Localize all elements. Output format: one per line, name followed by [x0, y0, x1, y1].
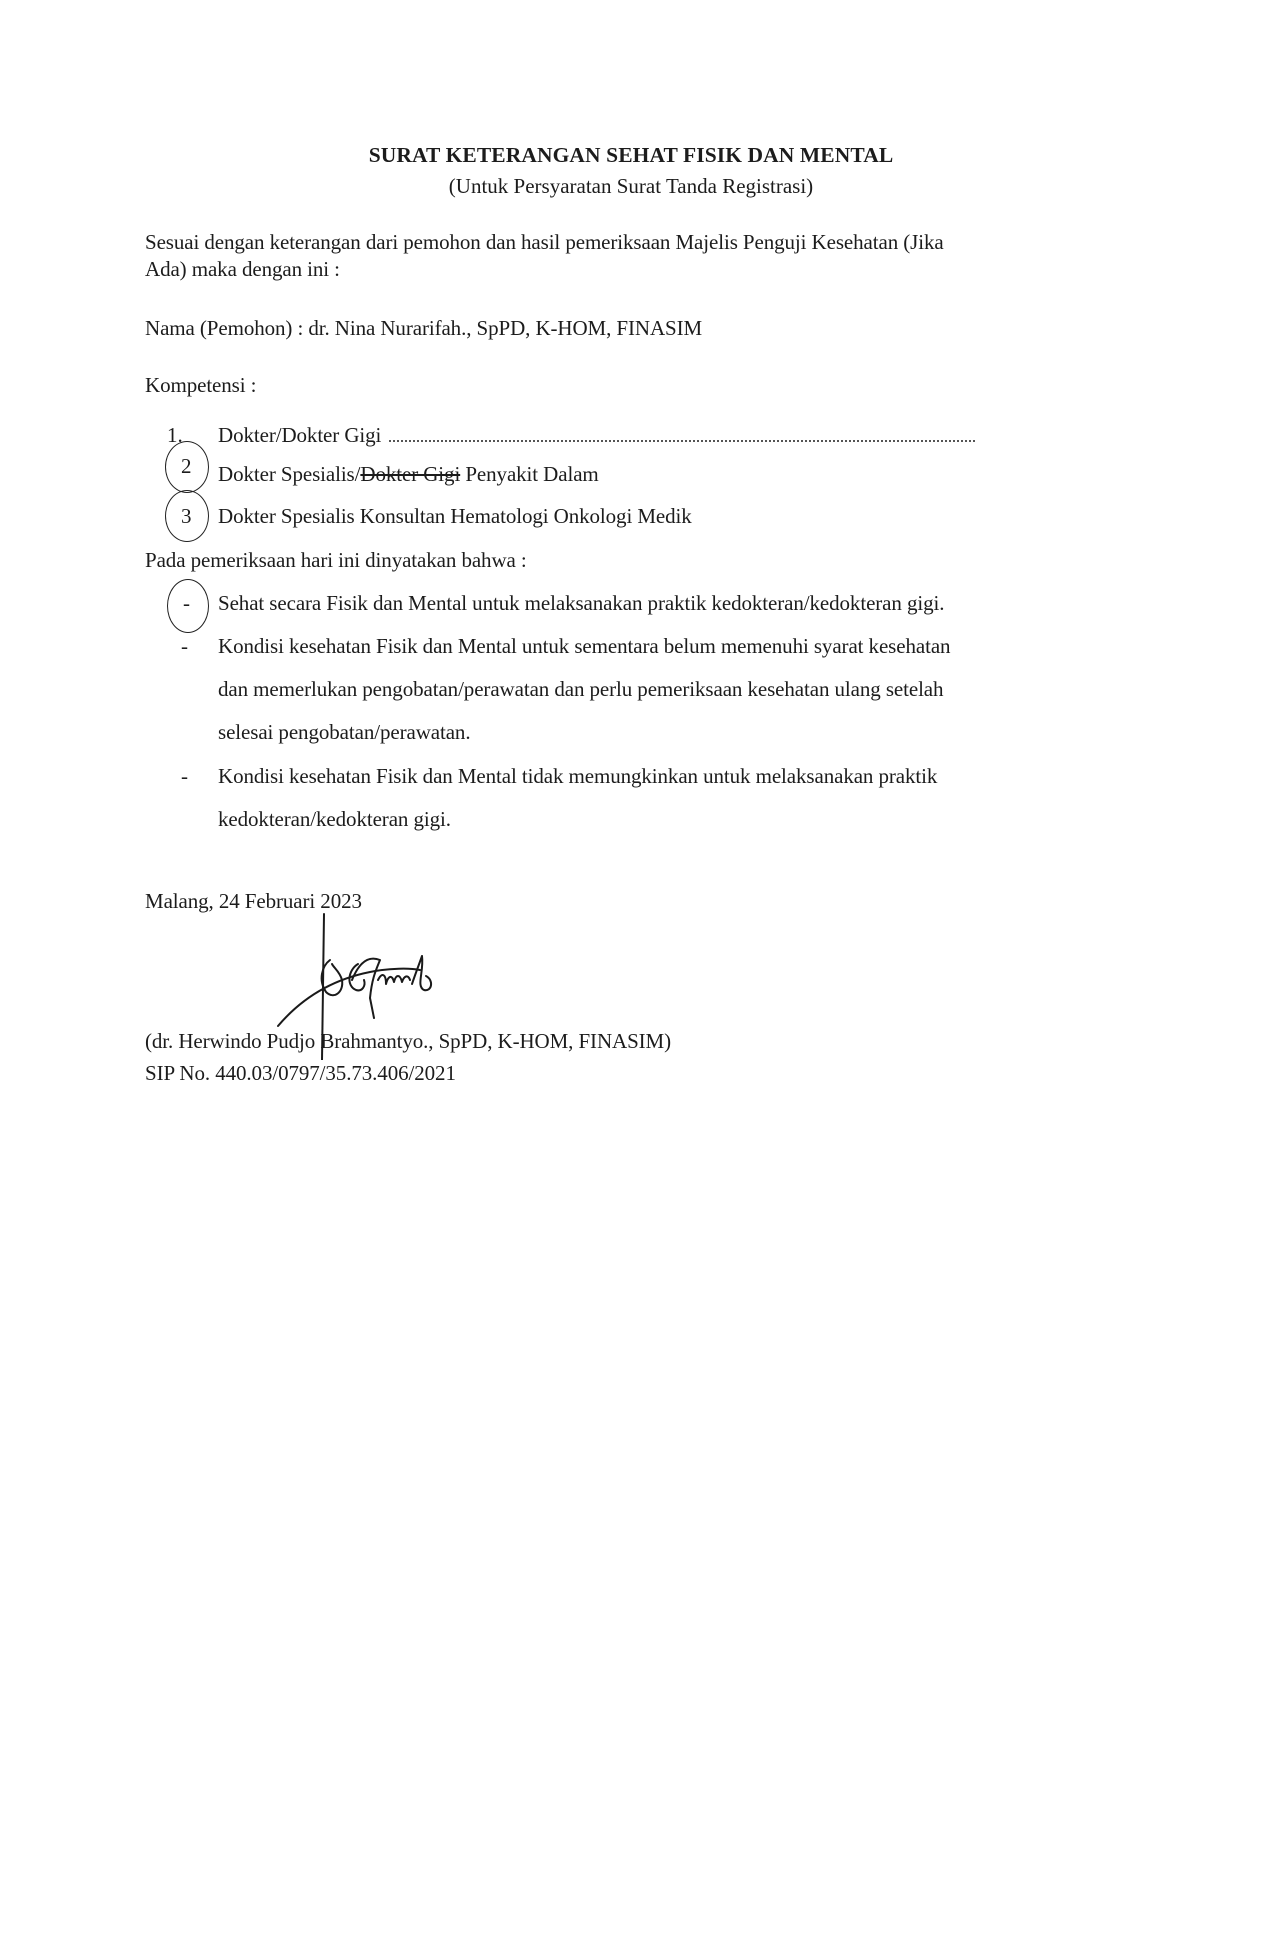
document-title: SURAT KETERANGAN SEHAT FISIK DAN MENTAL — [0, 143, 1262, 168]
competence-item-1-text: Dokter/Dokter Gigi — [218, 423, 381, 447]
applicant-label: Nama (Pemohon) : — [145, 316, 303, 340]
finding-bullet-2: - — [181, 634, 188, 658]
competence-item-2: Dokter Spesialis/Dokter Gigi Penyakit Da… — [218, 462, 599, 486]
finding-1-line-1: Sehat secara Fisik dan Mental untuk mela… — [218, 591, 944, 615]
applicant-name: dr. Nina Nurarifah., SpPD, K-HOM, FINASI… — [308, 316, 702, 340]
competence-label: Kompetensi : — [145, 373, 256, 397]
finding-3-line-1: Kondisi kesehatan Fisik dan Mental tidak… — [218, 764, 937, 788]
finding-2-line-3: selesai pengobatan/perawatan. — [218, 720, 470, 744]
sip-number: SIP No. 440.03/0797/35.73.406/2021 — [145, 1061, 456, 1085]
findings-label: Pada pemeriksaan hari ini dinyatakan bah… — [145, 548, 527, 572]
competence-item-2-suffix: Penyakit Dalam — [460, 462, 598, 486]
competence-item-3: Dokter Spesialis Konsultan Hematologi On… — [218, 504, 692, 528]
intro-line-2: Ada) maka dengan ini : — [145, 257, 340, 281]
competence-number-2: 2 — [181, 454, 192, 478]
finding-2-line-1: Kondisi kesehatan Fisik dan Mental untuk… — [218, 634, 950, 658]
finding-2-line-2: dan memerlukan pengobatan/perawatan dan … — [218, 677, 943, 701]
document-subtitle: (Untuk Persyaratan Surat Tanda Registras… — [0, 174, 1262, 199]
applicant-row: Nama (Pemohon) : dr. Nina Nurarifah., Sp… — [145, 316, 702, 340]
signatory-name: (dr. Herwindo Pudjo Brahmantyo., SpPD, K… — [145, 1029, 671, 1053]
intro-line-1: Sesuai dengan keterangan dari pemohon da… — [145, 230, 944, 254]
competence-number-3: 3 — [181, 504, 192, 528]
dotted-leader — [389, 424, 975, 442]
finding-bullet-3: - — [181, 764, 188, 788]
struck-text: Dokter Gigi — [360, 462, 460, 486]
finding-3-line-2: kedokteran/kedokteran gigi. — [218, 807, 451, 831]
finding-bullet-1: - — [183, 591, 190, 615]
competence-item-1: Dokter/Dokter Gigi — [218, 423, 975, 447]
competence-item-2-text: Dokter Spesialis/ — [218, 462, 360, 486]
